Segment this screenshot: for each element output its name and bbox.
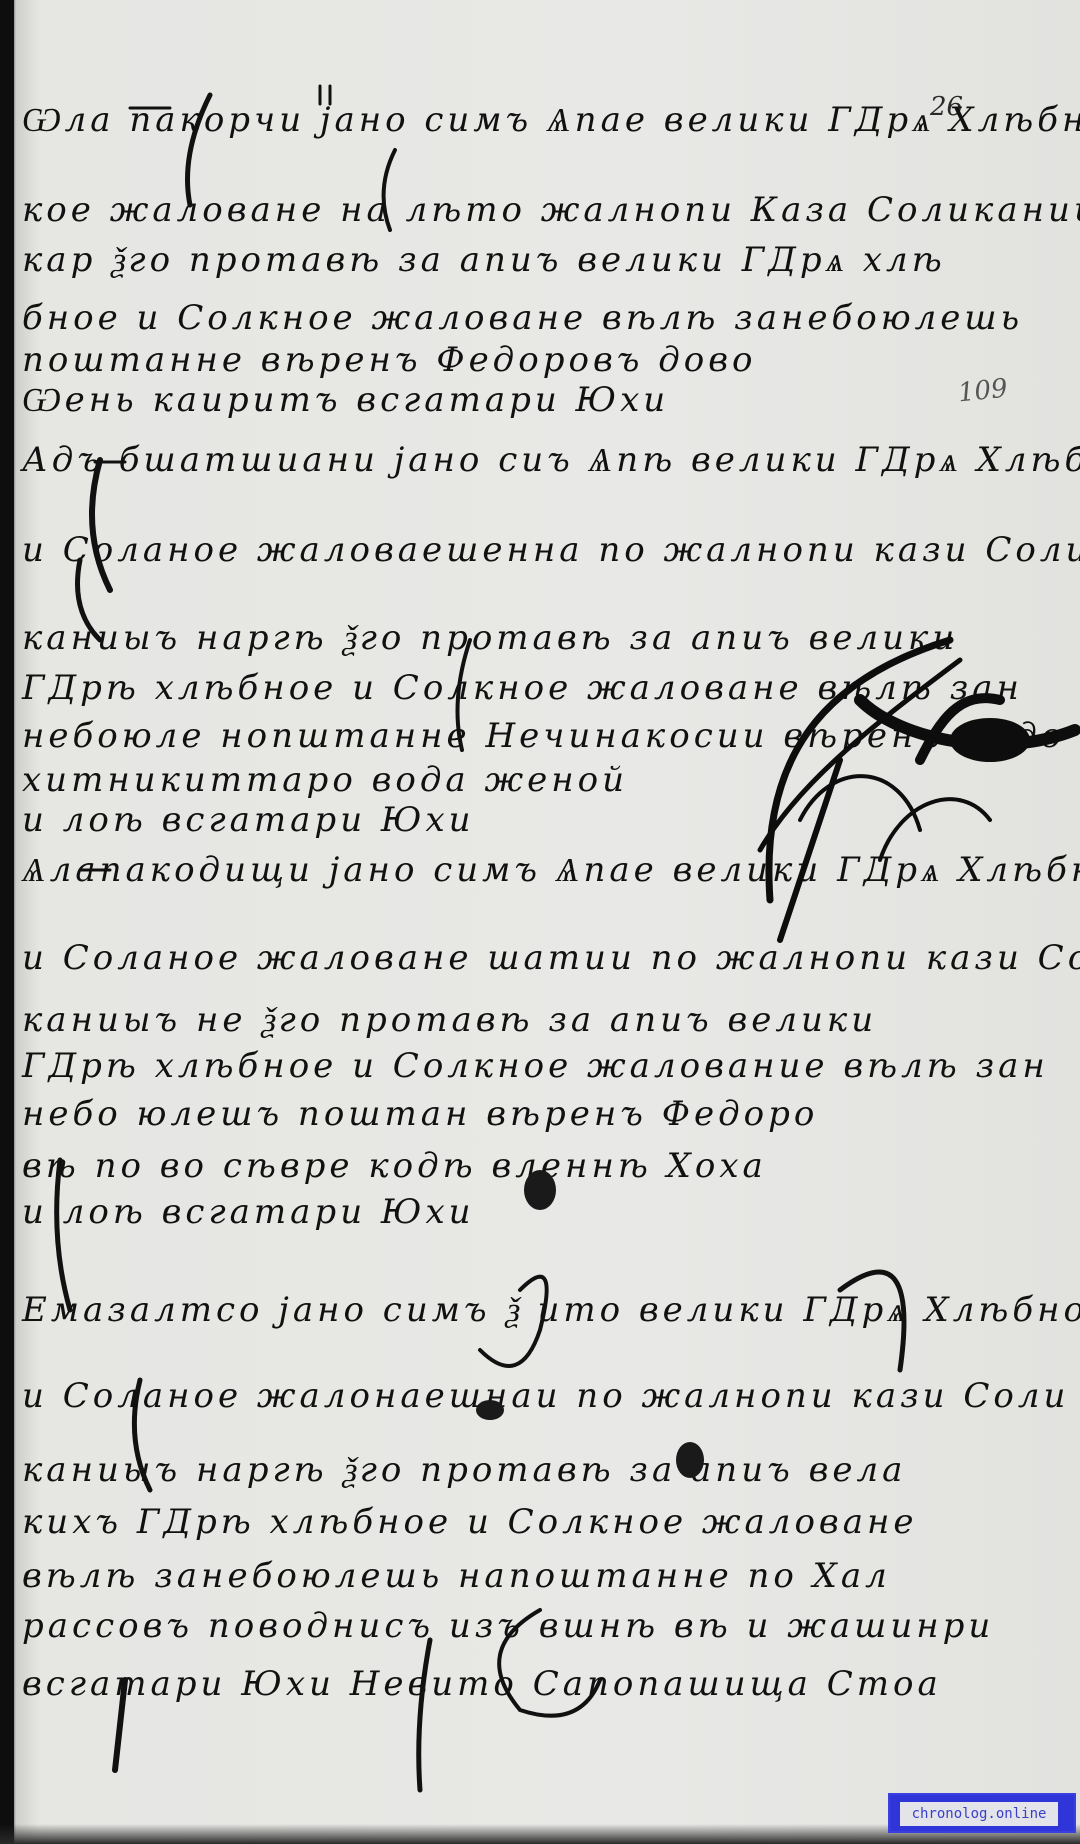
text-line: бное и Солкное жаловане вѣлѣ занебоюлешь bbox=[22, 298, 1023, 338]
margin-number: 109 bbox=[957, 373, 1010, 408]
manuscript-page: 26 109 Ѡла пакорчи јано симъ Ѧпае велики… bbox=[0, 0, 1080, 1844]
text-line: и лоѣ всгатари Юхи bbox=[22, 800, 475, 840]
text-line: ГДрѣ хлѣбное и Солкное жаловане вѣлѣ зан bbox=[22, 668, 1023, 708]
text-line: вѣ по во сѣвре кодѣ вленнѣ Хоха bbox=[22, 1146, 767, 1186]
text-line: и Соланое жаловане шатии по жалнопи кази… bbox=[22, 938, 1080, 978]
watermark-text: chronolog.online bbox=[912, 1806, 1047, 1822]
text-line: кар ѯго протавѣ за апиъ велики ГДрѧ хлѣ bbox=[22, 240, 946, 280]
text-line: небоюле нопштанне Нечинакосии вѣренъ Фед… bbox=[22, 716, 1065, 756]
watermark-inner: chronolog.online bbox=[900, 1802, 1058, 1826]
text-line: Ѡла пакорчи јано симъ Ѧпае велики ГДрѧ Х… bbox=[22, 100, 1080, 140]
text-line: всгатари Юхи Невито Сапопашища Стоа bbox=[22, 1664, 942, 1704]
text-line: и Соланое жаловаешенна по жалнопи кази С… bbox=[22, 530, 1080, 570]
scan-left-edge bbox=[0, 0, 14, 1844]
text-line: вѣлѣ занебоюлешь напоштанне по Хал bbox=[22, 1556, 891, 1596]
text-line: каниыъ не ѯго протавѣ за апиъ велики bbox=[22, 1000, 877, 1040]
text-line: каниыъ наргѣ ѯго протавѣ за апиъ вела bbox=[22, 1450, 906, 1490]
text-line: Ѡень каиритъ всгатари Юхи bbox=[22, 380, 669, 420]
text-line: кихъ ГДрѣ хлѣбное и Солкное жаловане bbox=[22, 1502, 918, 1542]
text-line: хитникиттаро вода женой bbox=[22, 760, 628, 800]
text-line: ГДрѣ хлѣбное и Солкное жалование вѣлѣ за… bbox=[22, 1046, 1049, 1086]
text-line: Ѧлапакодищи јано симъ Ѧпае велики ГДрѧ Х… bbox=[22, 850, 1080, 890]
text-line: рассовъ поводнисъ изъ вшнѣ вѣ и жашинри bbox=[22, 1606, 994, 1646]
watermark-badge: chronolog.online bbox=[888, 1793, 1076, 1833]
text-line: и лоѣ всгатари Юхи bbox=[22, 1192, 475, 1232]
text-line: поштанне вѣренъ Федоровъ дово bbox=[22, 340, 756, 380]
text-line: Адъ бшатшиани јано сиъ Ѧпѣ велики ГДрѧ Х… bbox=[22, 440, 1080, 480]
text-line: кое жаловане на лѣто жалнопи Каза Солика… bbox=[22, 190, 1080, 230]
text-line: и Соланое жалонаешнаи по жалнопи кази Со… bbox=[22, 1376, 1069, 1416]
text-line: каниыъ наргѣ ѯго протавѣ за апиъ велики bbox=[22, 618, 958, 658]
text-line: Емазалтсо јано симъ ѯ ито велики ГДрѧ Хл… bbox=[22, 1290, 1080, 1330]
text-line: небо юлешъ поштан вѣренъ Федоро bbox=[22, 1094, 818, 1134]
